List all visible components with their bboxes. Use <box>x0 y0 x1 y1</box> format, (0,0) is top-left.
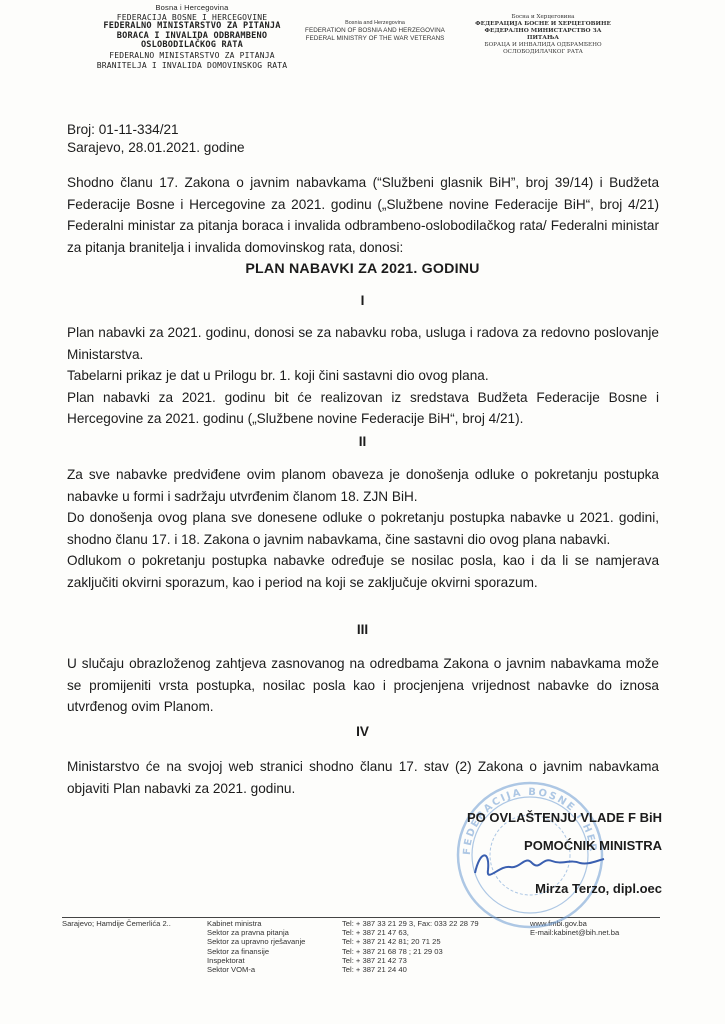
section-1-paragraph-3: Plan nabavki za 2021. godinu bit će real… <box>67 387 659 430</box>
header-country-cyr: Босна и Херцеговина <box>468 14 618 21</box>
signature-block: PO OVLAŠTENJU VLADE F BiH POMOĆNIK MINIS… <box>440 805 662 901</box>
section-heading-1: I <box>0 293 725 308</box>
section-2-paragraph-2: Do donošenja ovog plana sve donesene odl… <box>67 507 659 550</box>
document-date: Sarajevo, 28.01.2021. godine <box>67 139 245 157</box>
intro-paragraph: Shodno članu 17. Zakona o javnim nabavka… <box>67 172 659 258</box>
document-number: Broj: 01-11-334/21 <box>67 121 179 139</box>
document-title: PLAN NABAVKI ZA 2021. GODINU <box>0 261 725 277</box>
header-ministry-alt-line1: FEDERALNO MINISTARSTVO ZA PITANJA <box>62 51 322 61</box>
footer-department: Sektor za finansije <box>207 947 305 956</box>
footer-phone: Tel: + 387 21 68 78 ; 21 29 03 <box>342 947 479 956</box>
letterhead-english: Bosnia and Herzegovina FEDERATION OF BOS… <box>300 20 450 42</box>
footer-address: Sarajevo; Hamdije Čemerlića 2.. <box>62 919 171 928</box>
header-ministry-cyr-line2: БОРАЦА И ИНВАЛИДА ОДБРАМБЕНО <box>468 42 618 49</box>
section-body-1: Plan nabavki za 2021. godinu, donosi se … <box>67 322 659 430</box>
signatory-name: Mirza Terzo, dipl.oec <box>440 876 662 901</box>
section-heading-3: III <box>0 622 725 637</box>
section-heading-2: II <box>0 434 725 449</box>
header-ministry-line3: OSLOBODILAČKOG RATA <box>62 41 322 51</box>
header-ministry-cyr-line1: ФЕДЕРАЛНО МИНИСТАРСТВО ЗА ПИТАЊА <box>468 28 618 42</box>
header-federation-en: FEDERATION OF BOSNIA AND HERZEGOVINA <box>300 27 450 34</box>
section-3-paragraph-1: U slučaju obrazloženog zahtjeva zasnovan… <box>67 653 659 718</box>
signature-authority: PO OVLAŠTENJU VLADE F BiH <box>440 805 662 830</box>
signature-role: POMOĆNIK MINISTRA <box>440 833 662 858</box>
footer-department: Kabinet ministra <box>207 919 305 928</box>
header-ministry-alt-line2: BRANITELJA I INVALIDA DOMOVINSKOG RATA <box>62 61 322 71</box>
header-federation-cyr: ФЕДЕРАЦИЈА БОСНЕ И ХЕРЦЕГОВИНЕ <box>468 21 618 28</box>
footer-phone: Tel: + 387 21 42 73 <box>342 956 479 965</box>
footer-departments: Kabinet ministra Sektor za pravna pitanj… <box>207 919 305 974</box>
section-2-paragraph-3: Odlukom o pokretanju postupka nabavke od… <box>67 550 659 593</box>
section-body-2: Za sve nabavke predviđene ovim planom ob… <box>67 464 659 593</box>
header-country: Bosna i Hercegovina <box>62 3 322 13</box>
section-2-paragraph-1: Za sve nabavke predviđene ovim planom ob… <box>67 464 659 507</box>
footer-department: Sektor za pravna pitanja <box>207 928 305 937</box>
intro-text: Shodno članu 17. Zakona o javnim nabavka… <box>67 172 659 258</box>
header-country-en: Bosnia and Herzegovina <box>300 20 450 27</box>
section-heading-4: IV <box>0 724 725 739</box>
footer-phone: Tel: + 387 21 42 81; 20 71 25 <box>342 937 479 946</box>
footer-department: Sektor VOM-a <box>207 965 305 974</box>
letterhead-cyrillic: Босна и Херцеговина ФЕДЕРАЦИЈА БОСНЕ И Х… <box>468 14 618 56</box>
section-1-paragraph-1: Plan nabavki za 2021. godinu, donosi se … <box>67 322 659 365</box>
section-1-paragraph-2: Tabelarni prikaz je dat u Prilogu br. 1.… <box>67 365 659 387</box>
footer-phone: Tel: + 387 21 24 40 <box>342 965 479 974</box>
header-ministry-cyr-line3: ОСЛОБОДИЛАЧКОГ РАТА <box>468 49 618 56</box>
header-ministry-en: FEDERAL MINISTRY OF THE WAR VETERANS <box>300 35 450 42</box>
footer-department: Inspektorat <box>207 956 305 965</box>
footer-department: Sektor za upravno rješavanje <box>207 937 305 946</box>
section-body-3: U slučaju obrazloženog zahtjeva zasnovan… <box>67 653 659 718</box>
letterhead-local: Bosna i Hercegovina FEDERACIJA BOSNE I H… <box>62 3 322 70</box>
